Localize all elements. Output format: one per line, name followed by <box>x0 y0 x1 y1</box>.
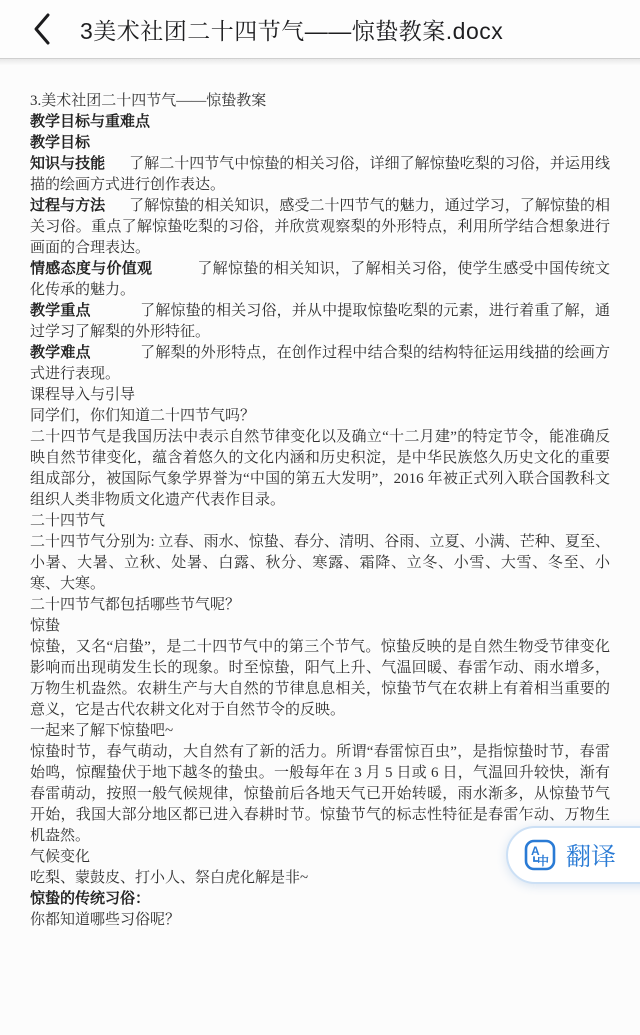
paragraph-label: 教学重点 <box>30 303 91 319</box>
paragraph-customs-question: 你都知道哪些习俗呢？ <box>30 910 610 931</box>
paragraph-text: 了解梨的外形特点，在创作过程中结合梨的结构特征运用线描的绘画方式进行表现。 <box>30 345 610 382</box>
paragraph-label: 教学难点 <box>30 345 91 361</box>
paragraph-difficulty: 教学难点了解梨的外形特点，在创作过程中结合梨的结构特征运用线描的绘画方式进行表现… <box>30 343 610 385</box>
section-terms-title: 二十四节气 <box>30 511 610 532</box>
doc-heading: 3.美术社团二十四节气——惊蛰教案 <box>30 91 610 112</box>
paragraph-text: 了解惊蛰的相关习俗，并从中提取惊蛰吃梨的元素，进行着重了解，通过学习了解梨的外形… <box>30 303 610 340</box>
section-jingzhe-title: 惊蛰 <box>30 616 610 637</box>
header-divider <box>0 58 640 65</box>
paragraph-knowledge: 知识与技能了解二十四节气中惊蛰的相关习俗，详细了解惊蛰吃梨的习俗，并运用线描的绘… <box>30 154 610 196</box>
paragraph-text: 了解惊蛰的相关知识，感受二十四节气的魅力，通过学习，了解惊蛰的相关习俗。重点了解… <box>30 198 610 256</box>
section-intro-title: 课程导入与引导 <box>30 385 610 406</box>
paragraph-terms-question: 二十四节气都包括哪些节气呢？ <box>30 595 610 616</box>
paragraph-emotion: 情感态度与价值观了解惊蛰的相关知识，了解相关习俗，使学生感受中国传统文化传承的魅… <box>30 259 610 301</box>
back-button[interactable] <box>24 9 60 49</box>
section-customs-title: 惊蛰的传统习俗： <box>30 889 610 910</box>
paragraph-process: 过程与方法了解惊蛰的相关知识，感受二十四节气的魅力，通过学习，了解惊蛰的相关习俗… <box>30 196 610 259</box>
section-goals-title: 教学目标与重难点 <box>30 112 610 133</box>
paragraph-label: 情感态度与价值观 <box>30 261 152 277</box>
paragraph-intro-question: 同学们，你们知道二十四节气吗？ <box>30 406 610 427</box>
translate-icon: A 中 <box>523 838 557 872</box>
paragraph-focus: 教学重点了解惊蛰的相关习俗，并从中提取惊蛰吃梨的元素，进行着重了解，通过学习了解… <box>30 301 610 343</box>
paragraph-text: 了解二十四节气中惊蛰的相关习俗，详细了解惊蛰吃梨的习俗，并运用线描的绘画方式进行… <box>30 156 610 193</box>
app-header: 3美术社团二十四节气——惊蛰教案.docx <box>0 0 640 58</box>
translate-button-label: 翻译 <box>566 837 616 873</box>
document-view[interactable]: 3.美术社团二十四节气——惊蛰教案 教学目标与重难点 教学目标 知识与技能了解二… <box>0 65 640 1035</box>
document-title: 3美术社团二十四节气——惊蛰教案.docx <box>80 13 503 46</box>
chevron-left-icon <box>32 12 52 46</box>
translate-button[interactable]: A 中 翻译 <box>506 826 640 884</box>
section-goals-sub: 教学目标 <box>30 133 610 154</box>
paragraph-jingzhe-cta: 一起来了解下惊蛰吧~ <box>30 721 610 742</box>
paragraph-intro: 二十四节气是我国历法中表示自然节律变化以及确立“十二月建”的特定节令，能准确反映… <box>30 427 610 511</box>
svg-text:中: 中 <box>537 853 549 868</box>
paragraph-terms: 二十四节气分别为: 立春、雨水、惊蛰、春分、清明、谷雨、立夏、小满、芒种、夏至、… <box>30 532 610 595</box>
paragraph-jingzhe: 惊蛰，又名“启蛰”，是二十四节气中的第三个节气。惊蛰反映的是自然生物受节律变化影… <box>30 637 610 721</box>
paragraph-label: 知识与技能 <box>30 156 105 172</box>
document-viewer-screen: 3美术社团二十四节气——惊蛰教案.docx 3.美术社团二十四节气——惊蛰教案 … <box>0 0 640 1035</box>
paragraph-label: 过程与方法 <box>30 198 105 214</box>
